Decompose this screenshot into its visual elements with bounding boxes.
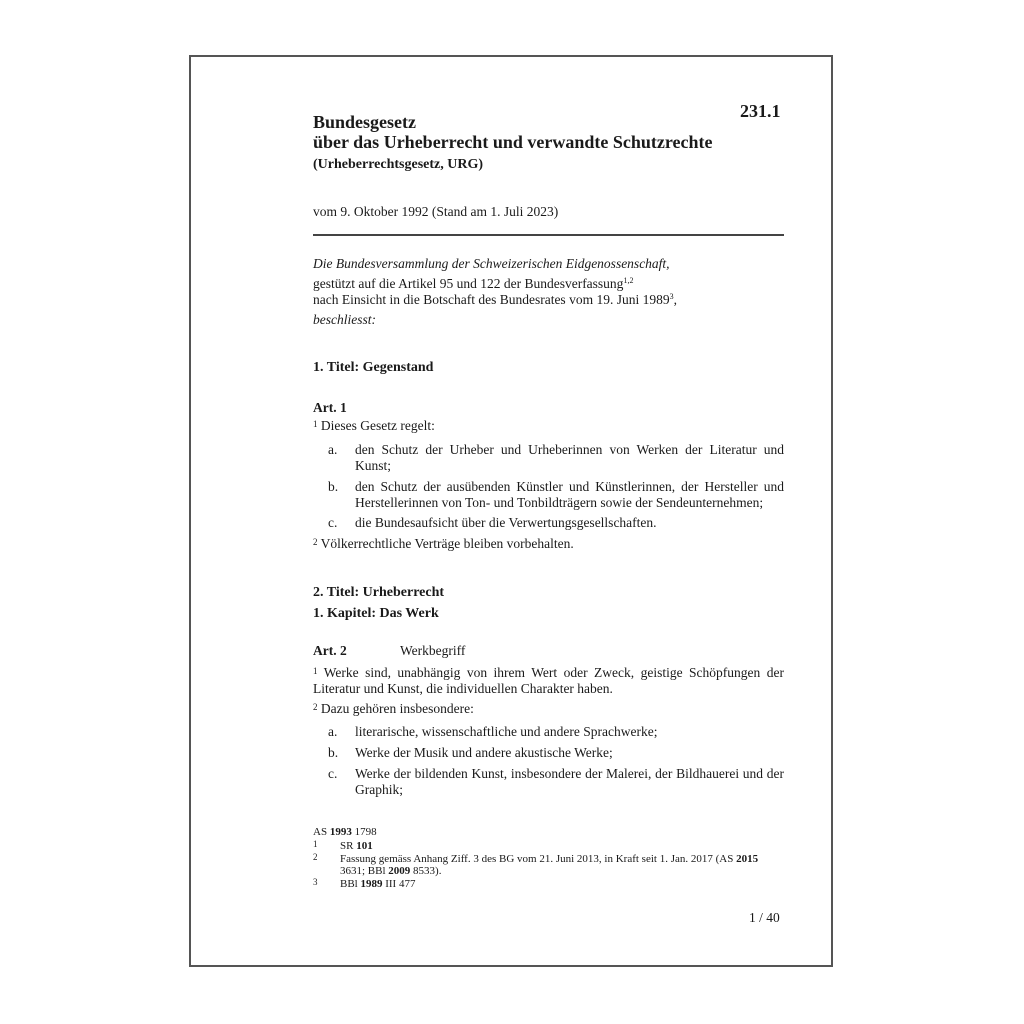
art1-item-c: c.die Bundesaufsicht über die Verwertung… bbox=[328, 515, 784, 531]
title-2-heading: 2. Titel: Urheberrecht bbox=[313, 585, 444, 601]
art1-heading: Art. 1 bbox=[313, 400, 347, 416]
chapter-1-heading: 1. Kapitel: Das Werk bbox=[313, 606, 439, 622]
preamble-line-2: gestützt auf die Artikel 95 und 122 der … bbox=[313, 276, 633, 292]
page-number: 1 / 40 bbox=[749, 910, 780, 926]
source-reference: AS 1993 1798 bbox=[313, 826, 377, 838]
art2-paragraph-2: 2 Dazu gehören insbesondere: bbox=[313, 701, 474, 717]
preamble-line-1: Die Bundesversammlung der Schweizerische… bbox=[313, 256, 670, 272]
preamble-line-4: beschliesst: bbox=[313, 312, 376, 328]
header-divider bbox=[313, 234, 784, 236]
law-title-subject: über das Urheberrecht und verwandte Schu… bbox=[313, 132, 712, 152]
sr-number: 231.1 bbox=[740, 101, 781, 122]
preamble-line-3: nach Einsicht in die Botschaft des Bunde… bbox=[313, 292, 677, 308]
art1-item-a: a.den Schutz der Urheber und Urheberinne… bbox=[328, 442, 784, 474]
law-short-title: (Urheberrechtsgesetz, URG) bbox=[313, 157, 483, 173]
art1-paragraph-2: 2 Völkerrechtliche Verträge bleiben vorb… bbox=[313, 536, 574, 552]
law-date: vom 9. Oktober 1992 (Stand am 1. Juli 20… bbox=[313, 204, 558, 220]
art2-name: Werkbegriff bbox=[400, 643, 465, 659]
title-1-heading: 1. Titel: Gegenstand bbox=[313, 360, 433, 376]
footnote-2: 2Fassung gemäss Anhang Ziff. 3 des BG vo… bbox=[313, 853, 784, 877]
law-title: Bundesgesetz bbox=[313, 112, 416, 132]
art2-heading: Art. 2 bbox=[313, 643, 347, 659]
document-page: 231.1 Bundesgesetz über das Urheberrecht… bbox=[189, 55, 833, 967]
art1-item-b: b.den Schutz der ausübenden Künstler und… bbox=[328, 479, 784, 511]
art2-paragraph-1: 1 Werke sind, unabhängig von ihrem Wert … bbox=[313, 663, 784, 697]
footnote-1: 1SR 101 bbox=[313, 840, 784, 852]
footnote-ref[interactable]: 1,2 bbox=[623, 276, 633, 285]
footnote-3: 3BBl 1989 III 477 bbox=[313, 878, 784, 890]
art2-item-c: c.Werke der bildenden Kunst, insbesonder… bbox=[328, 766, 784, 798]
art2-item-b: b.Werke der Musik und andere akustische … bbox=[328, 745, 784, 761]
art2-item-a: a.literarische, wissenschaftliche und an… bbox=[328, 724, 784, 740]
art1-paragraph-1: 1 Dieses Gesetz regelt: bbox=[313, 418, 435, 434]
